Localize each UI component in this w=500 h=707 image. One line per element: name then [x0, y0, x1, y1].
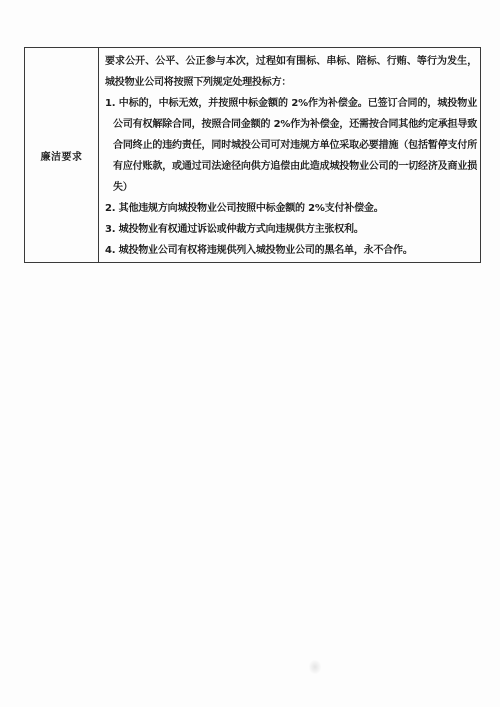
rule-item-2: 2. 其他违规方向城投物业公司按照中标金额的 2%支付补偿金。: [105, 198, 477, 219]
row-header-label: 廉洁要求: [41, 152, 83, 163]
row-content-cell: 要求公开、公平、公正参与本次，过程如有围标、串标、陪标、行贿、等行为发生，城投物…: [99, 48, 481, 263]
document-page: 廉洁要求 要求公开、公平、公正参与本次，过程如有围标、串标、陪标、行贿、等行为发…: [0, 0, 500, 707]
rule-item-1: 1. 中标的，中标无效，并按照中标金额的 2%作为补偿金。已签订合同的，城投物业…: [105, 93, 477, 198]
row-header-cell: 廉洁要求: [25, 48, 99, 263]
rule-item-3: 3. 城投物业有权通过诉讼或仲裁方式向违规供方主张权利。: [105, 219, 477, 240]
table-row: 廉洁要求 要求公开、公平、公正参与本次，过程如有围标、串标、陪标、行贿、等行为发…: [25, 48, 481, 263]
integrity-requirements-table: 廉洁要求 要求公开、公平、公正参与本次，过程如有围标、串标、陪标、行贿、等行为发…: [24, 47, 481, 263]
rule-item-4: 4. 城投物业公司有权将违规供列入城投物业公司的黑名单，永不合作。: [105, 240, 477, 261]
intro-paragraph: 要求公开、公平、公正参与本次，过程如有围标、串标、陪标、行贿、等行为发生，城投物…: [105, 51, 477, 93]
scan-artifact: [309, 660, 321, 674]
